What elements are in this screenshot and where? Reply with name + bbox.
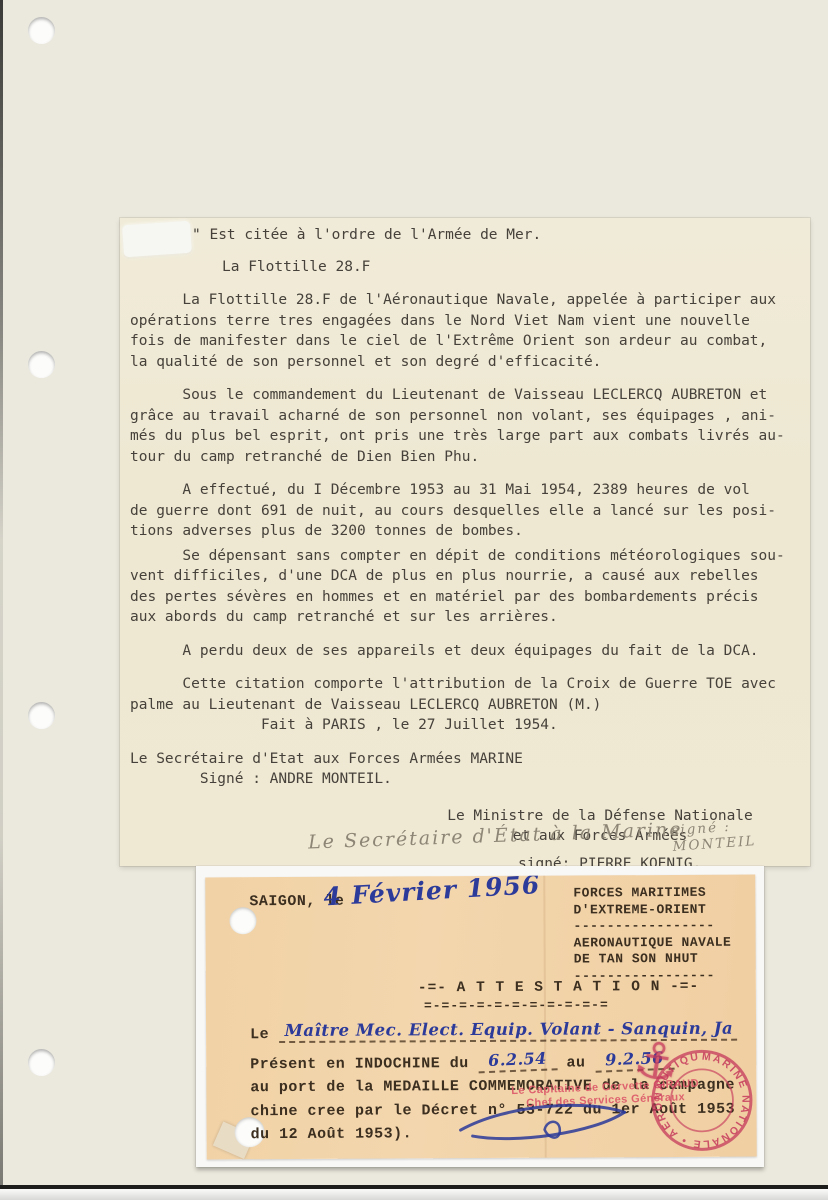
citation-paragraph-6: Cette citation comporte l'attribution de… [130,674,810,736]
pencil-annotation: Le Secrétaire d'État à la Marine [308,819,683,853]
attestation-title-underline: =-=-=-=-=-=-=-=-=-=-= [424,997,609,1013]
round-marine-stamp: MARINE NATIONALE • AERONAUTIQUE NAVALE • [629,1027,757,1159]
citation-paragraph-2: Sous le commandement du Lieutenant de Va… [130,385,810,467]
binder-hole-1 [28,17,55,44]
scanned-album-page: { "colors": { "album_paper": "#ebe9dd", … [0,0,828,1200]
binder-hole-3 [28,702,55,729]
tape-mark [122,221,192,258]
attestation-body-line-3: du 12 Août 1953). [251,1125,413,1143]
citation-paragraph-1: La Flottille 28.F de l'Aéronautique Nava… [130,290,810,372]
citation-paragraph-3: A effectué, du I Décembre 1953 au 31 Mai… [130,480,810,542]
blue-ink-signature-flourish [452,1097,642,1148]
citation-document: " Est citée à l'ordre de l'Armée de Mer.… [120,218,810,866]
attestation-backing-sheet: SAIGON, le 4 Février 1956 FORCES MARITIM… [196,866,764,1167]
scan-background-strip [0,1189,828,1200]
citation-paragraph-4: Se dépensant sans compter en dépit de co… [130,546,810,628]
binder-hole-2 [28,351,55,378]
word-au: au [566,1054,585,1071]
citation-header-line: " Est citée à l'ordre de l'Armée de Mer. [192,225,810,246]
slip-hole-1 [229,907,256,934]
svg-text:MARINE NATIONALE • AERONAUTIQU: MARINE NATIONALE • AERONAUTIQUE NAVALE • [629,1027,752,1150]
attestation-slip: SAIGON, le 4 Février 1956 FORCES MARITIM… [205,875,756,1160]
citation-subject-line: La Flottille 28.F [222,257,810,278]
handwritten-date-from: 6.2.54 [478,1048,557,1073]
le-label: Le [250,1026,269,1043]
binder-hole-4 [28,1049,55,1076]
scan-edge-shadow [0,0,3,1200]
issuing-unit-block: FORCES MARITIMES D'EXTREME-ORIENT ------… [573,885,731,985]
round-stamp-ring-text: MARINE NATIONALE • AERONAUTIQUE NAVALE • [629,1027,752,1150]
attestation-title: -=- A T T E S T A T I O N -=- [418,979,699,996]
pencil-signed-annotation: signé : MONTEIL [671,817,757,855]
present-prefix: Présent en INDOCHINE du [250,1055,469,1073]
citation-paragraph-5: A perdu deux de ses appareils et deux éq… [130,641,810,662]
handwritten-date: 4 Février 1956 [323,875,541,912]
signature-block-secretary: Le Secrétaire d'Etat aux Forces Armées M… [130,749,810,790]
attestation-present-line: Présent en INDOCHINE du 6.2.54 au 9.2.56 [250,1051,674,1075]
